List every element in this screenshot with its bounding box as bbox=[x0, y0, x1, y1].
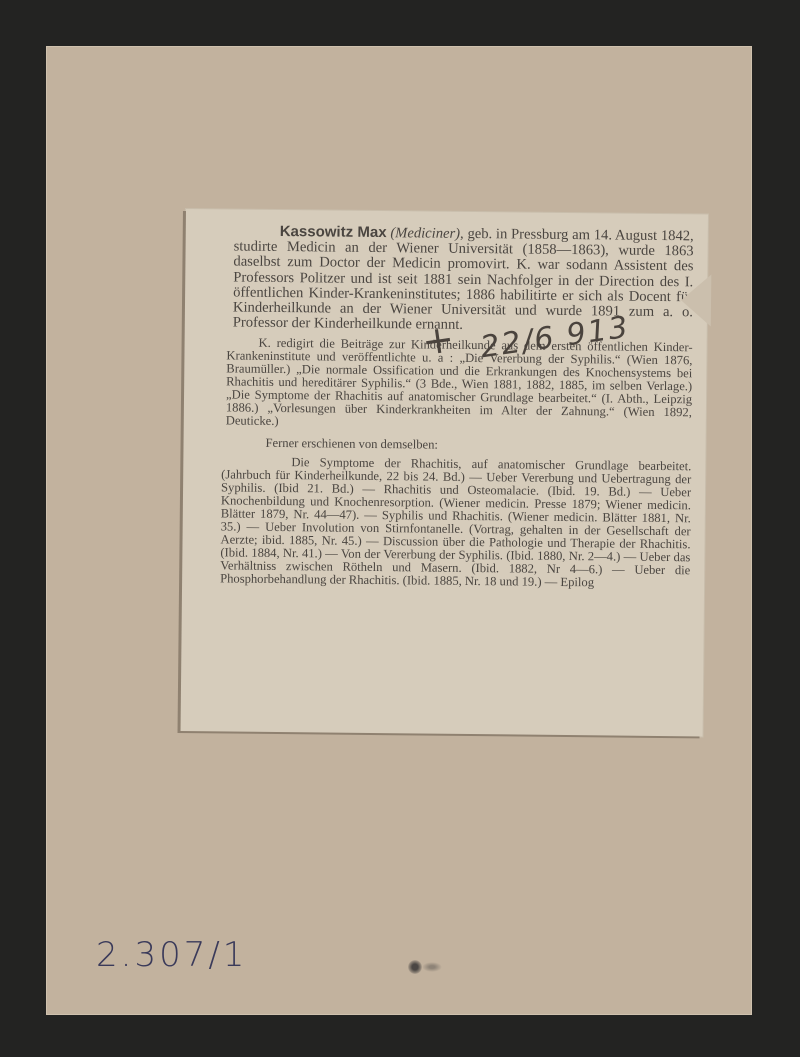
clipping-fold-corner bbox=[681, 274, 712, 326]
ink-stain bbox=[408, 960, 422, 974]
works-paragraph: Die Symptome der Rhachitis, auf anatomis… bbox=[220, 455, 691, 590]
catalog-number: 2.307/1 bbox=[96, 935, 247, 975]
newspaper-clipping: Kassowitz Max (Mediciner), geb. in Press… bbox=[181, 209, 708, 736]
editorial-paragraph: K. redigirt die Beiträge zur Kinderheilk… bbox=[226, 337, 693, 433]
occupation: (Mediciner) bbox=[390, 225, 460, 242]
death-cross-annotation: + bbox=[419, 316, 457, 364]
works-subheading: Ferner erschienen von demselben: bbox=[265, 436, 691, 456]
archive-card: Kassowitz Max (Mediciner), geb. in Press… bbox=[46, 46, 752, 1015]
